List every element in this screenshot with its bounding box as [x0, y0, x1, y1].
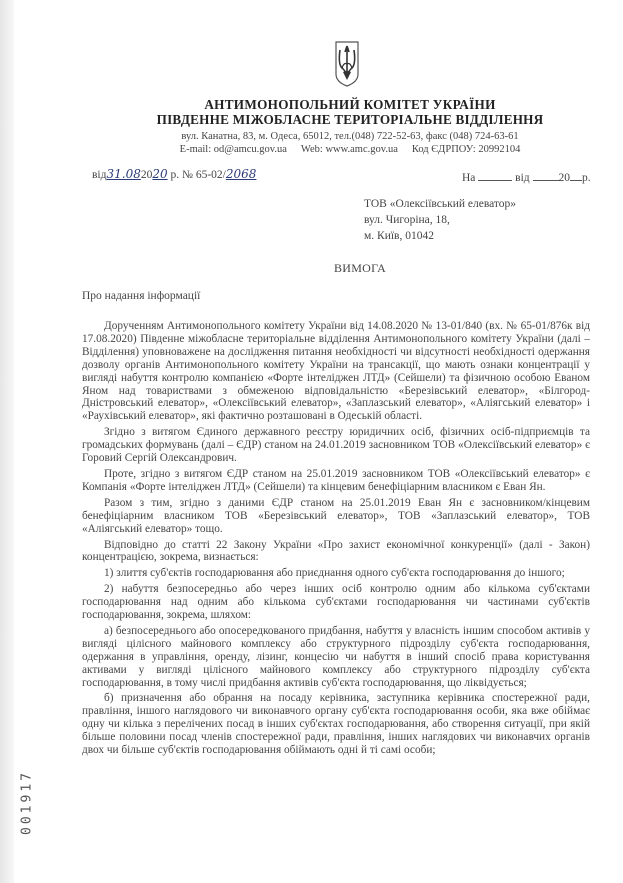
outgoing-year-prefix: 20	[141, 169, 153, 181]
incoming-reference: На від 20р.	[462, 170, 591, 184]
body-paragraph: Разом з тим, згідно з даними ЄДР станом …	[82, 497, 590, 536]
incoming-number-blank	[478, 170, 512, 181]
body-paragraph: Відповідно до статті 22 Закону України «…	[82, 539, 590, 565]
outgoing-number: 2068	[226, 167, 257, 181]
document-body: Дорученням Антимонопольного комітету Укр…	[82, 320, 590, 760]
incoming-vid-label: від	[515, 172, 529, 184]
serial-stamp: 001917	[12, 750, 42, 860]
incoming-date-blank	[533, 170, 559, 181]
body-paragraph: Згідно з витягом Єдиного державного реєс…	[82, 426, 590, 465]
body-paragraph: Дорученням Антимонопольного комітету Укр…	[82, 320, 590, 423]
outgoing-number-prefix: р. № 65-02/	[168, 169, 226, 181]
org-email: E-mail: od@amcu.gov.ua	[180, 144, 287, 155]
body-paragraph: б) призначення або обрання на посаду кер…	[82, 692, 590, 757]
body-paragraph: 2) набуття безпосередньо або через інших…	[82, 583, 590, 622]
org-edrpou: Код ЄДРПОУ: 20992104	[412, 144, 520, 155]
org-address: вул. Канатна, 83, м. Одеса, 65012, тел.(…	[0, 131, 623, 142]
org-web: Web: www.amc.gov.ua	[301, 144, 398, 155]
outgoing-date: 31.08	[106, 167, 140, 181]
org-contacts: E-mail: od@amcu.gov.uaWeb: www.amc.gov.u…	[0, 144, 623, 155]
incoming-year-label: 20	[559, 172, 571, 184]
serial-number: 001917	[20, 758, 35, 848]
incoming-r-label: р.	[582, 172, 591, 184]
document-title: ВИМОГА	[0, 261, 623, 276]
outgoing-year: 20	[152, 167, 167, 181]
addressee-city: м. Київ, 01042	[364, 228, 516, 244]
incoming-na-label: На	[462, 172, 475, 184]
body-paragraph: Проте, згідно з витягом ЄДР станом на 25…	[82, 468, 590, 494]
body-paragraph: 1) злиття суб'єктів господарювання або п…	[82, 567, 590, 580]
body-paragraph: а) безпосереднього або опосередкованого …	[82, 625, 590, 690]
document-page: АНТИМОНОПОЛЬНИЙ КОМІТЕТ УКРАЇНИ ПІВДЕННЕ…	[0, 0, 623, 883]
trident-coat-of-arms-icon	[334, 40, 360, 88]
outgoing-prefix: від	[92, 169, 106, 181]
document-subject: Про надання інформації	[82, 290, 200, 302]
outgoing-reference: від31.082020 р. № 65-02/2068	[92, 167, 256, 181]
org-name: АНТИМОНОПОЛЬНИЙ КОМІТЕТ УКРАЇНИ	[0, 97, 623, 113]
addressee-block: ТОВ «Олексіївський елеватор» вул. Чигорі…	[364, 196, 516, 244]
incoming-year-blank	[570, 170, 582, 181]
addressee-name: ТОВ «Олексіївський елеватор»	[364, 196, 516, 212]
org-division: ПІВДЕННЕ МІЖОБЛАСНЕ ТЕРИТОРІАЛЬНЕ ВІДДІЛ…	[0, 112, 623, 128]
addressee-street: вул. Чигоріна, 18,	[364, 212, 516, 228]
